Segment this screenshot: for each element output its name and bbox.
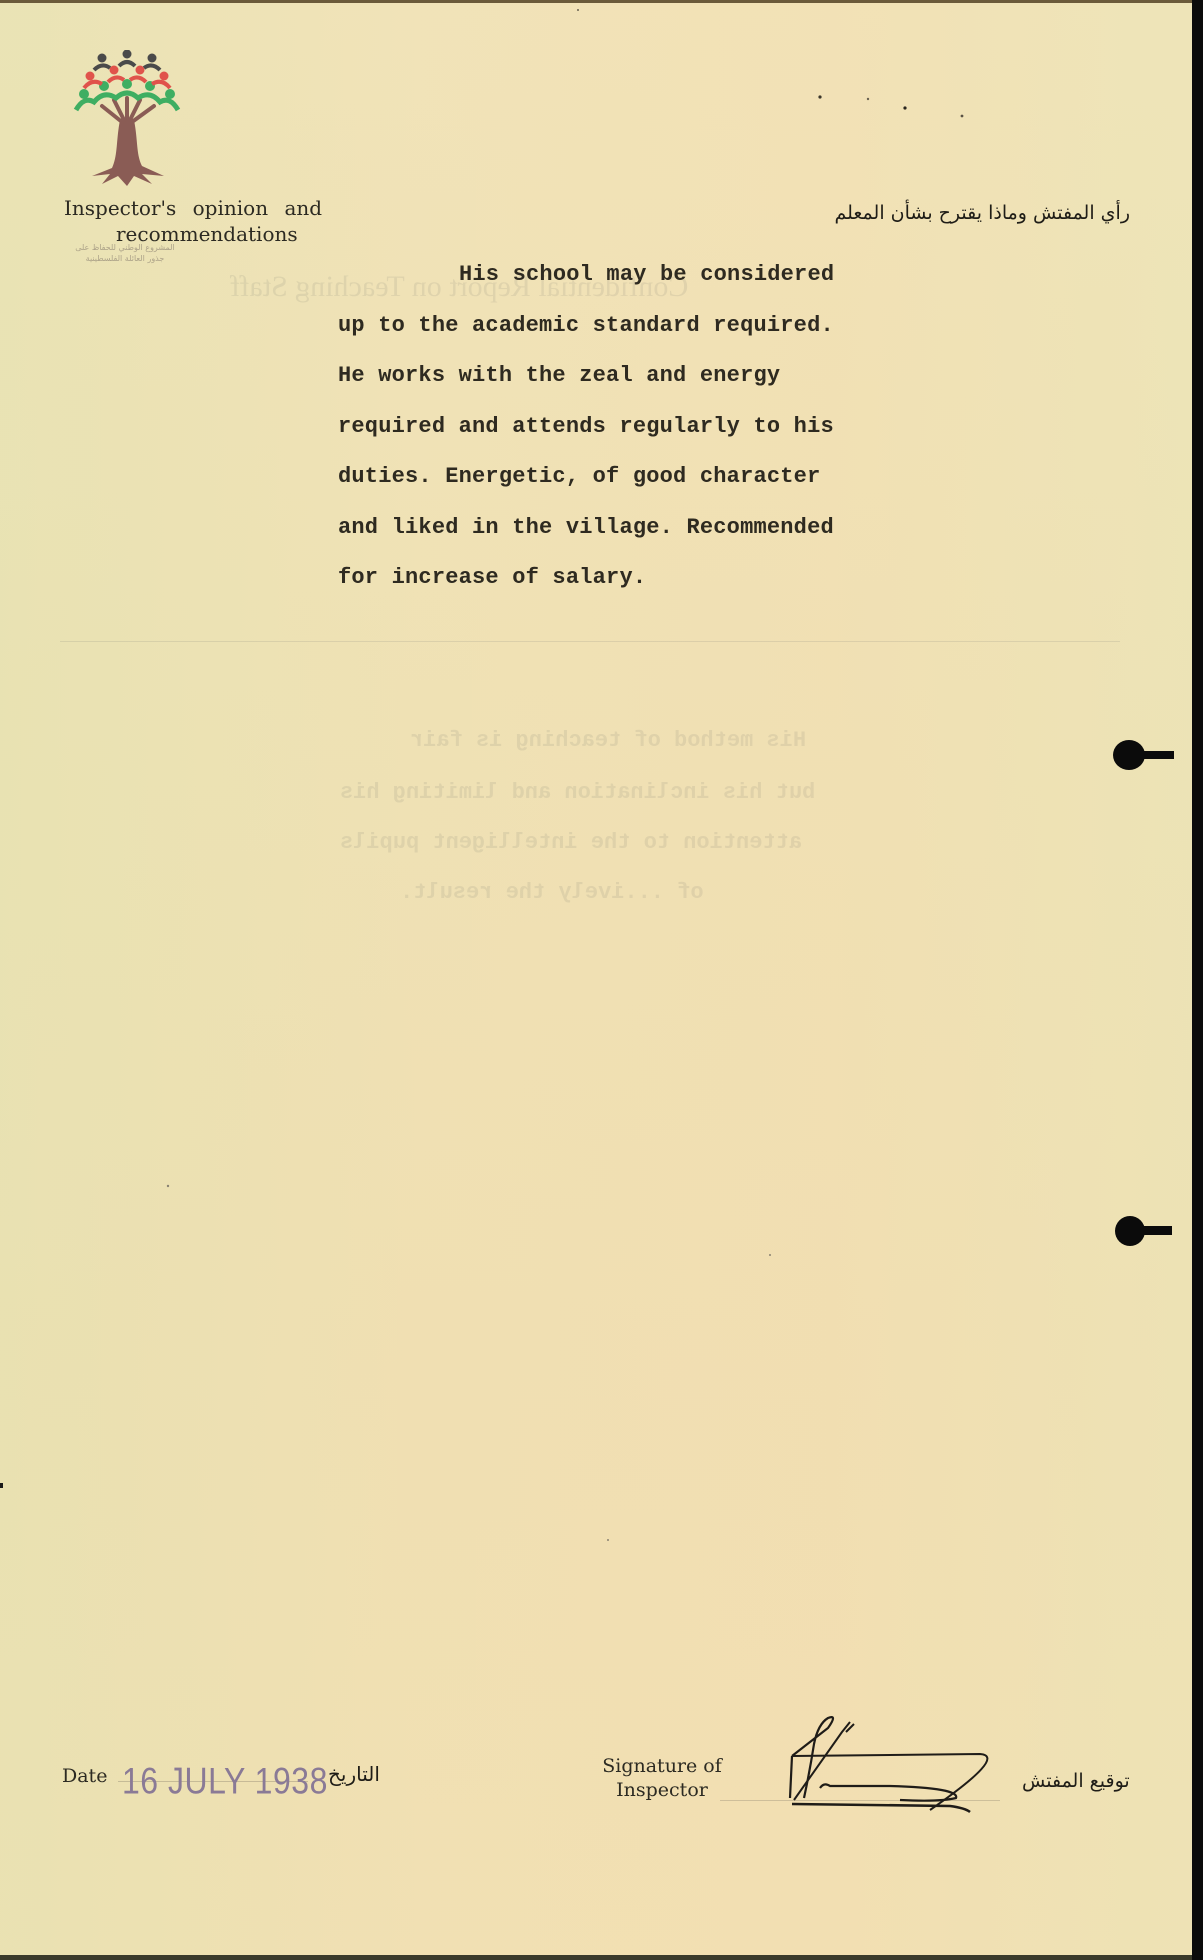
page-edge-top xyxy=(0,0,1192,3)
opinion-line: and liked in the village. Recommended xyxy=(338,503,958,554)
bleed-through-line: His method of teaching is fair xyxy=(410,728,806,753)
bleed-through-line: of ...ively the result. xyxy=(400,880,704,905)
date-label-ar: التاريخ xyxy=(328,1762,380,1786)
document-page: Confidential Report on Teaching Staff Hi… xyxy=(0,0,1192,1955)
punch-hole-icon xyxy=(1114,1212,1172,1250)
opinion-line: for increase of salary. xyxy=(338,553,958,604)
date-stamp: 16 JULY 1938 xyxy=(122,1760,328,1803)
opinion-line: His school may be considered xyxy=(338,250,958,301)
signature-label-line: Inspector xyxy=(592,1778,732,1802)
section-label-line: Inspector's opinion and xyxy=(64,195,334,221)
tree-of-people-logo-icon xyxy=(72,50,182,188)
inspector-opinion-text: His school may be considered up to the a… xyxy=(338,250,958,604)
signature-label-ar: توقيع المفتش xyxy=(1022,1770,1130,1792)
opinion-line: up to the academic standard required. xyxy=(338,301,958,352)
section-label-line: recommendations xyxy=(64,221,334,247)
section-label-ar: رأي المفتش وماذا يقترح بشأن المعلم xyxy=(818,202,1130,224)
opinion-line: He works with the zeal and energy xyxy=(338,351,958,402)
opinion-line: duties. Energetic, of good character xyxy=(338,452,958,503)
bleed-through-line: attention to the intelligent pupils xyxy=(340,830,802,855)
opinion-line: required and attends regularly to his xyxy=(338,402,958,453)
date-label-en: Date xyxy=(62,1763,107,1789)
handwritten-signature-icon xyxy=(780,1710,1020,1820)
punch-hole-icon xyxy=(1112,735,1174,775)
signature-label-line: Signature of xyxy=(592,1754,732,1778)
bleed-through-line: but his inclination and limiting his xyxy=(340,780,815,805)
page-edge-bottom xyxy=(0,1955,1192,1960)
section-label-en: Inspector's opinion and recommendations xyxy=(64,195,334,247)
logo-caption-line: جذور العائلة الفلسطينية xyxy=(60,253,190,264)
signature-label-en: Signature of Inspector xyxy=(592,1754,732,1802)
page-edge-right xyxy=(1192,0,1203,1960)
bleed-through-rule xyxy=(60,641,1120,642)
